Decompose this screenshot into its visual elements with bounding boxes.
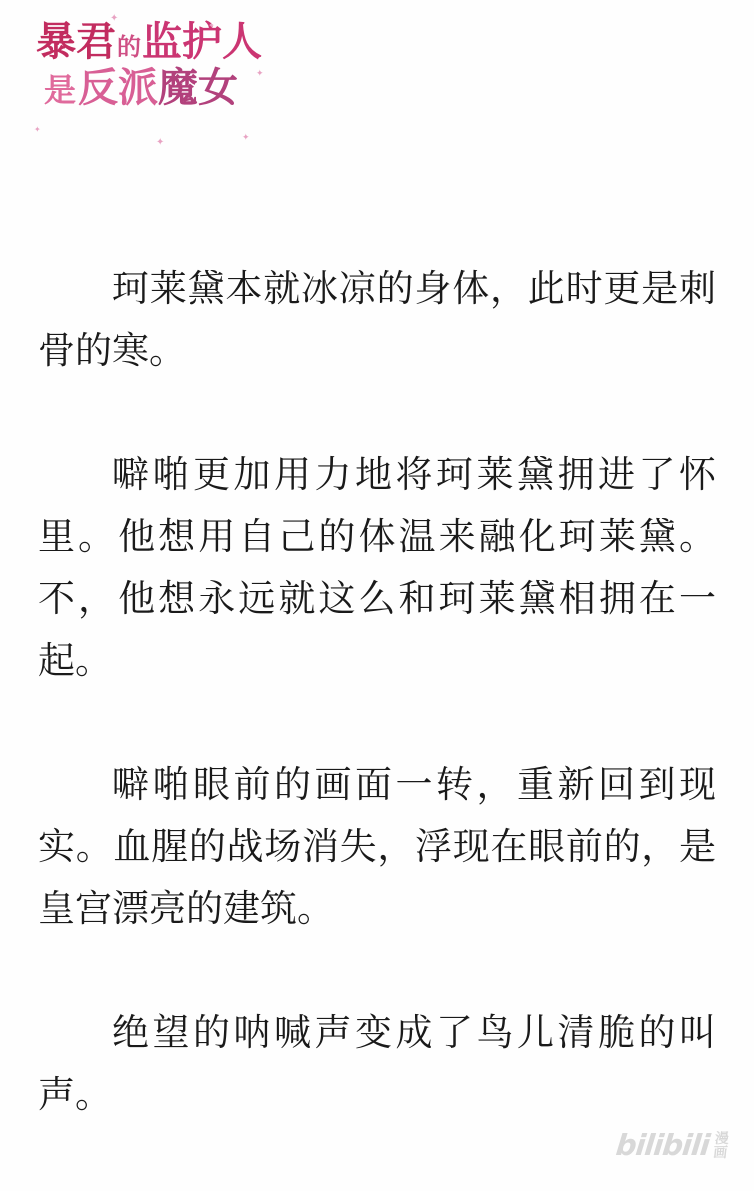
- logo-text-part: 是: [44, 74, 78, 106]
- series-title-logo: 暴君 的 监护人 是 反派 魔女: [36, 22, 262, 108]
- novel-paragraph: 绝望的呐喊声变成了鸟儿清脆的叫声。: [38, 1002, 716, 1126]
- chapter-text: 珂莱黛本就冰凉的身体，此时更是刺骨的寒。 噼啪更加用力地将珂莱黛拥进了怀里。他想…: [38, 258, 716, 1188]
- logo-text-part: 反派: [78, 68, 158, 108]
- sparkle-icon: [156, 138, 164, 148]
- manhua-label: 漫 画: [713, 1131, 730, 1159]
- novel-paragraph: 噼啪更加用力地将珂莱黛拥进了怀里。他想用自己的体温来融化珂莱黛。不，他想永远就这…: [38, 444, 716, 692]
- sparkle-icon: [256, 70, 264, 79]
- bilibili-watermark: bilibili 漫 画: [614, 1128, 730, 1162]
- novel-paragraph: 珂莱黛本就冰凉的身体，此时更是刺骨的寒。: [38, 258, 716, 382]
- sparkle-icon: [34, 126, 41, 134]
- logo-text-part: 魔女: [158, 68, 238, 108]
- novel-page: 暴君 的 监护人 是 反派 魔女 珂莱黛本就冰凉的身体，此时更是刺骨的寒。 噼啪…: [0, 0, 754, 1191]
- sparkle-icon: [110, 14, 118, 24]
- logo-line-1: 暴君 的 监护人: [36, 22, 262, 62]
- logo-text-part: 监护人: [142, 22, 262, 62]
- manhua-label-bottom: 画: [713, 1145, 728, 1159]
- logo-text-part: 的: [116, 35, 142, 59]
- logo-line-2: 是 反派 魔女: [36, 68, 262, 108]
- sparkle-icon: [208, 22, 215, 30]
- logo-text-part: 暴君: [36, 22, 116, 62]
- bilibili-logo-text: bilibili: [614, 1128, 711, 1162]
- novel-paragraph: 噼啪眼前的画面一转，重新回到现实。血腥的战场消失，浮现在眼前的，是皇宫漂亮的建筑…: [38, 754, 716, 940]
- manhua-label-top: 漫: [714, 1131, 729, 1145]
- sparkle-icon: [242, 134, 250, 143]
